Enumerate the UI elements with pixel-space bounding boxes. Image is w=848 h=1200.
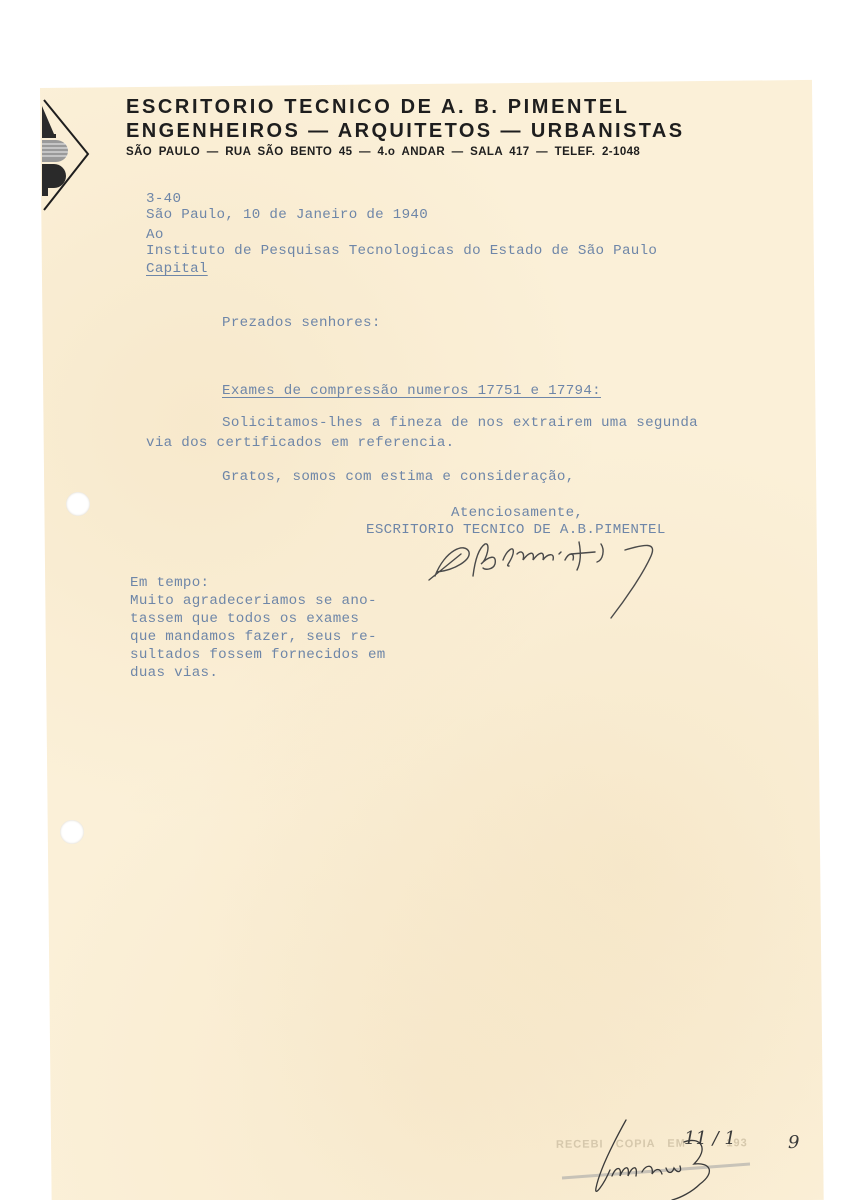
salutation: Prezados senhores: <box>222 314 381 333</box>
punch-hole-bottom <box>60 820 84 844</box>
company-logo-icon <box>40 98 92 212</box>
place-date: São Paulo, 10 de Janeiro de 1940 <box>146 206 428 225</box>
postscript-line-1: Muito agradeceriamos se ano- <box>130 592 377 611</box>
postscript-label: Em tempo: <box>130 574 209 593</box>
postscript-line-2: tassem que todos os exames <box>130 610 359 629</box>
postscript-line-5: duas vias. <box>130 664 218 683</box>
punch-hole-top <box>66 492 90 516</box>
subject-line: Exames de compressão numeros 17751 e 177… <box>222 382 601 401</box>
letterhead-professions: ENGENHEIROS — ARQUITETOS — URBANISTAS <box>126 120 684 143</box>
postscript-line-4: sultados fossem fornecidos em <box>130 646 386 665</box>
handwritten-signature-icon <box>425 530 675 622</box>
postscript-line-3: que mandamos fazer, seus re- <box>130 628 377 647</box>
recipient: Instituto de Pesquisas Tecnologicas do E… <box>146 242 657 261</box>
handwritten-digit: 9 <box>788 1132 799 1153</box>
letterhead-address: SÃO PAULO — RUA SÃO BENTO 45 — 4.o ANDAR… <box>126 146 640 158</box>
body-paragraph-line-2: via dos certificados em referencia. <box>146 434 455 453</box>
closing-line: Gratos, somos com estima e consideração, <box>222 468 575 487</box>
recipient-city: Capital <box>146 260 208 279</box>
receipt-signature-icon <box>560 1118 760 1200</box>
letterhead-company-name: ESCRITORIO TECNICO DE A. B. PIMENTEL <box>126 96 630 119</box>
body-paragraph-line-1: Solicitamos-lhes a fineza de nos extrair… <box>222 414 698 433</box>
